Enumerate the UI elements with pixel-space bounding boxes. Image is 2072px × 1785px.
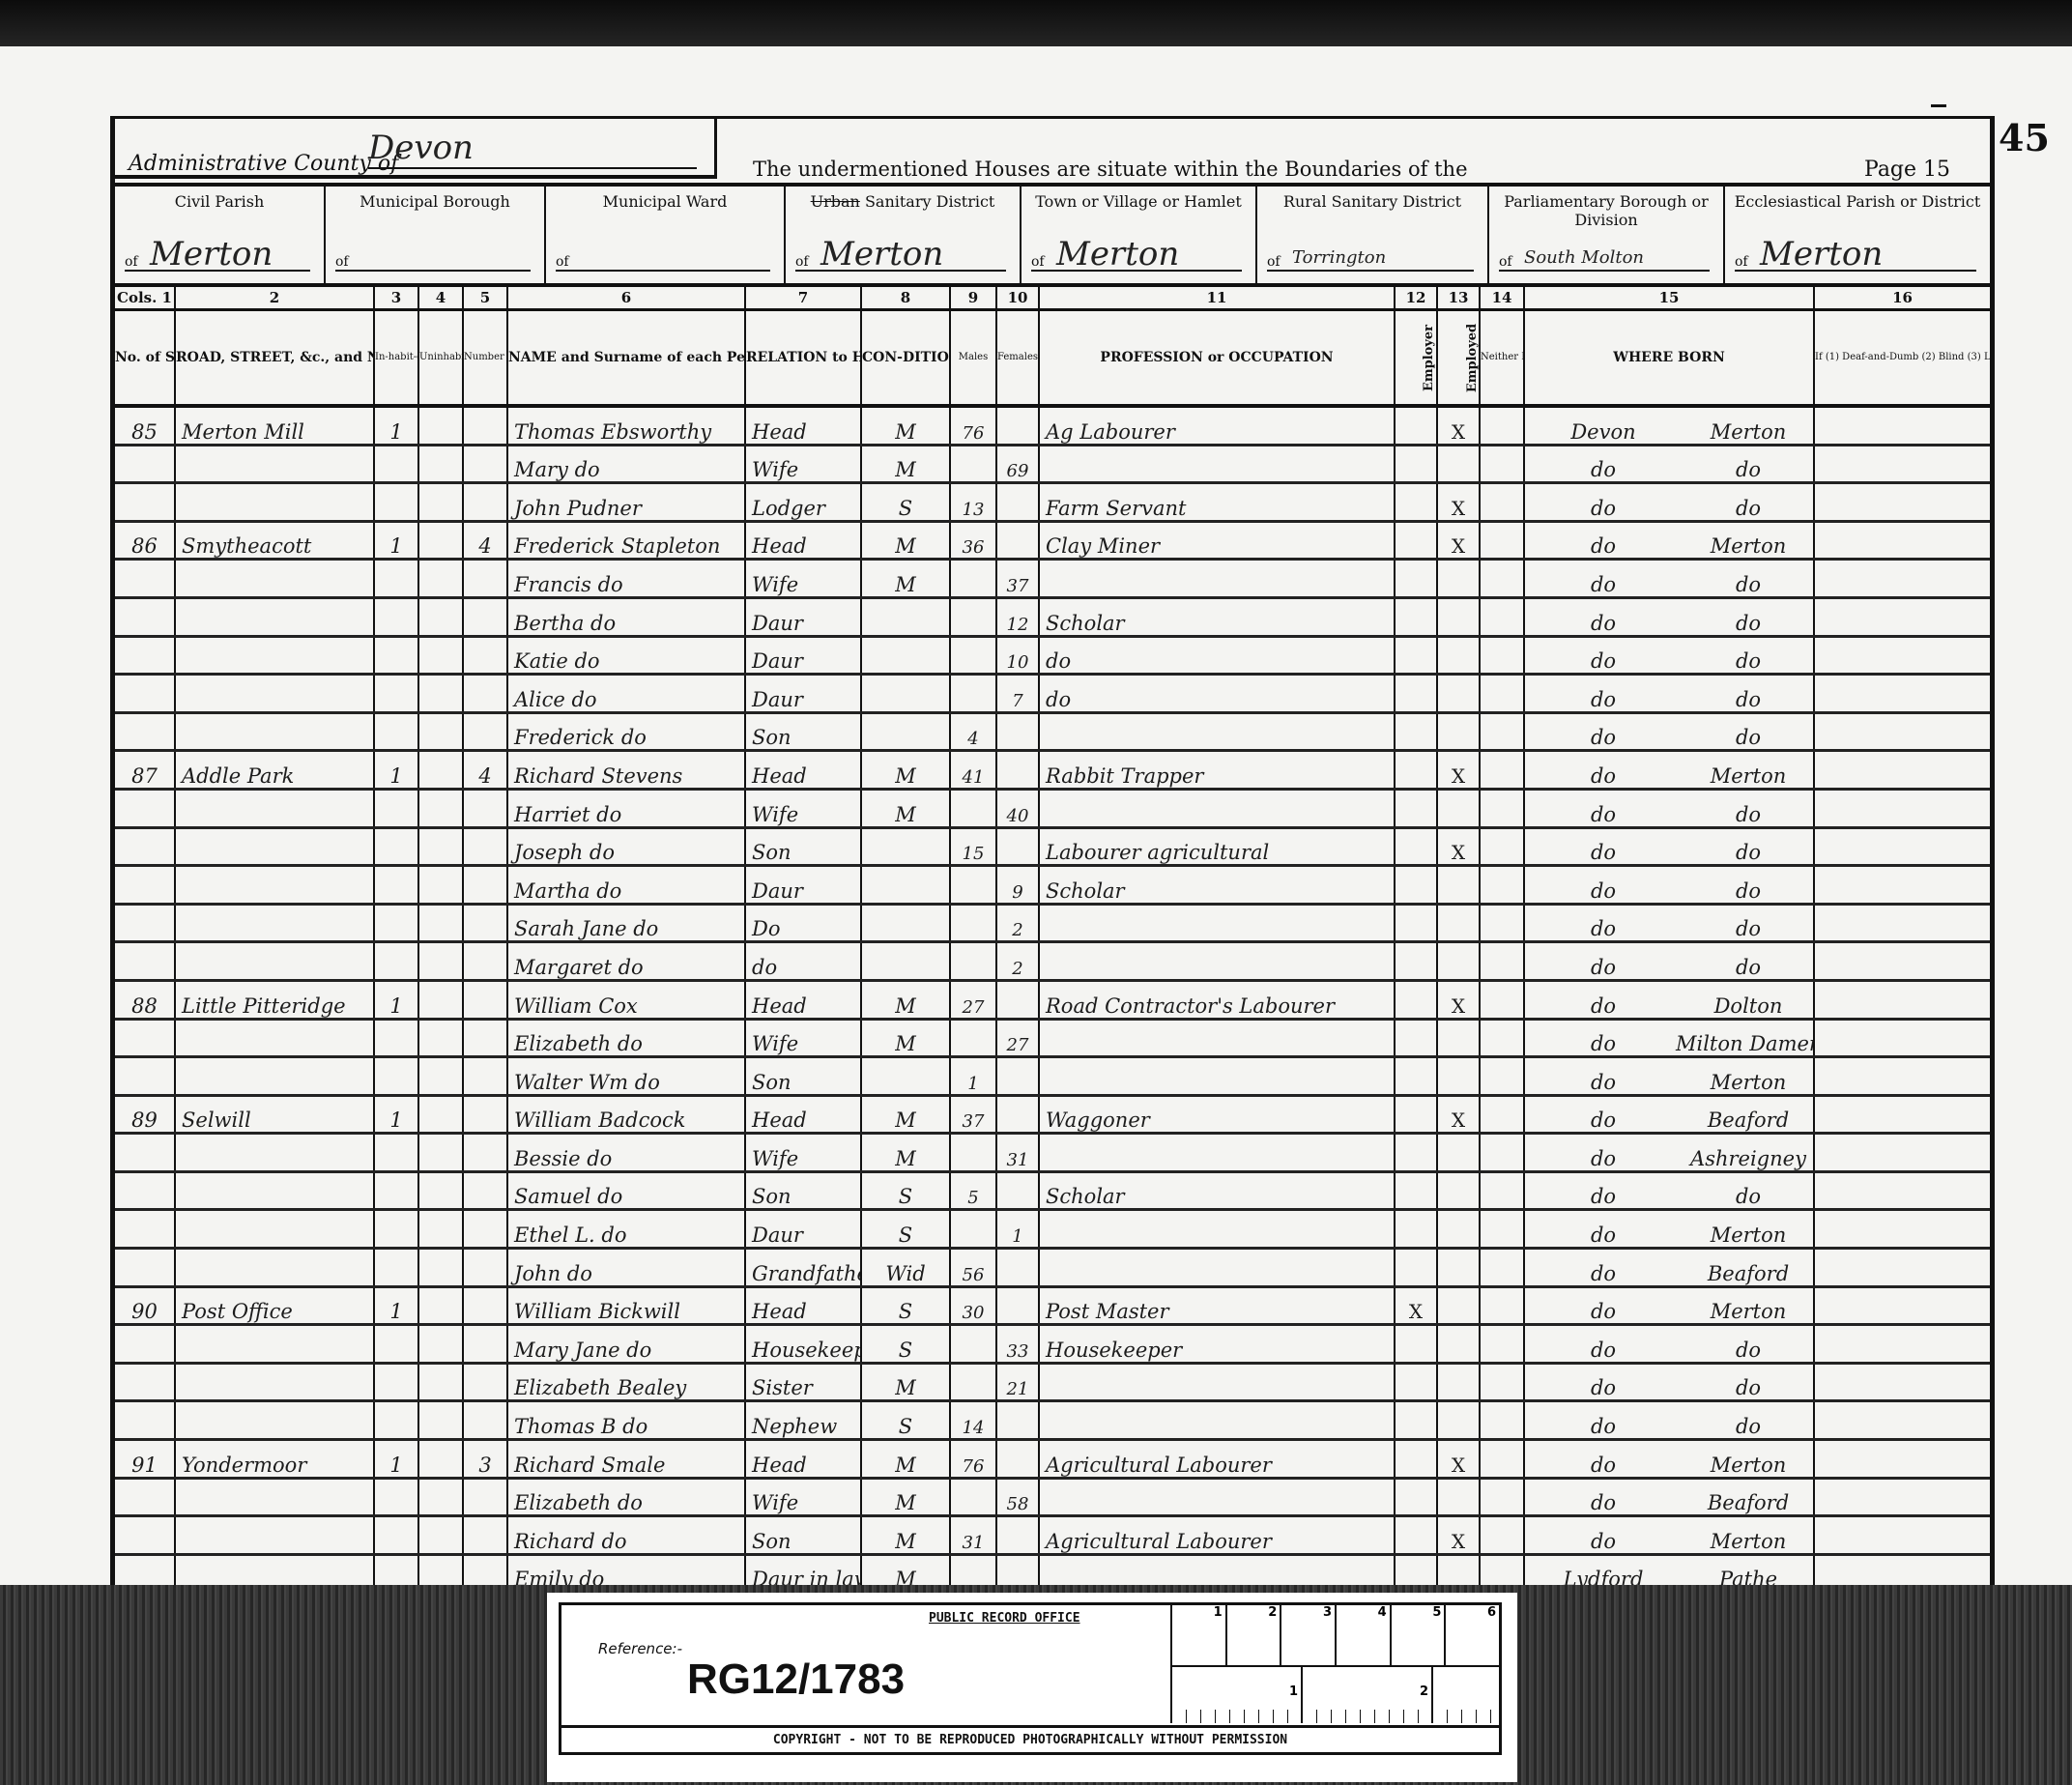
- inhabited-count: [374, 866, 418, 905]
- where-born: dodo: [1524, 445, 1814, 483]
- born-county: do: [1531, 573, 1676, 596]
- born-place: do: [1676, 917, 1814, 940]
- born-county: do: [1531, 1339, 1676, 1362]
- employed-mark: [1437, 904, 1480, 942]
- born-county: do: [1531, 1032, 1676, 1055]
- born-place: do: [1676, 1376, 1814, 1399]
- employer-mark: [1395, 560, 1437, 598]
- struck-urban-label: Urban: [811, 192, 860, 211]
- uninhabited-count: [418, 521, 463, 560]
- employed-mark: [1437, 1249, 1480, 1287]
- born-place: Beaford: [1676, 1491, 1814, 1514]
- col-number: 4: [418, 287, 463, 310]
- female-age: 21: [996, 1363, 1039, 1401]
- schedule-number: 85: [115, 406, 175, 445]
- infirmity: [1814, 1401, 1990, 1440]
- relation: Head: [745, 751, 861, 790]
- person-name: Harriet do: [507, 789, 745, 827]
- inhabited-count: [374, 483, 418, 522]
- header-where-born: WHERE BORN: [1524, 310, 1814, 407]
- schedule-number: [115, 1019, 175, 1057]
- inhabited-count: 1: [374, 980, 418, 1019]
- employed-mark: [1437, 1325, 1480, 1364]
- house-name: Yondermoor: [175, 1440, 374, 1479]
- employer-mark: [1395, 636, 1437, 675]
- house-name: [175, 942, 374, 981]
- born-county: do: [1531, 841, 1676, 864]
- where-born: doMilton Damerel: [1524, 1019, 1814, 1057]
- inhabited-count: [374, 942, 418, 981]
- occupation: Waggoner: [1039, 1095, 1395, 1134]
- neither-mark: [1480, 904, 1524, 942]
- male-age: 56: [950, 1249, 996, 1287]
- where-born: dodo: [1524, 1363, 1814, 1401]
- female-age: 7: [996, 675, 1039, 713]
- house-name: [175, 445, 374, 483]
- person-name: William Badcock: [507, 1095, 745, 1134]
- employer-mark: [1395, 1171, 1437, 1210]
- district-town-village: Town or Village or Hamlet ofMerton: [1022, 187, 1257, 283]
- relation: Daur: [745, 636, 861, 675]
- district-ecclesiastical: Ecclesiastical Parish or District ofMert…: [1725, 187, 1990, 283]
- female-age: [996, 1249, 1039, 1287]
- marital-condition: [861, 904, 950, 942]
- female-age: [996, 1440, 1039, 1479]
- born-county: do: [1531, 1147, 1676, 1170]
- table-row: Alice doDaur7dododo: [115, 675, 1990, 713]
- female-age: 9: [996, 866, 1039, 905]
- neither-mark: [1480, 406, 1524, 445]
- infirmity: [1814, 560, 1990, 598]
- col-number: 7: [745, 287, 861, 310]
- marital-condition: [861, 712, 950, 751]
- born-place: do: [1676, 497, 1814, 520]
- infirmity: [1814, 1019, 1990, 1057]
- inhabited-count: 1: [374, 521, 418, 560]
- born-place: do: [1676, 458, 1814, 481]
- relation: Wife: [745, 445, 861, 483]
- employer-mark: [1395, 1401, 1437, 1440]
- occupation: [1039, 1057, 1395, 1096]
- relation: Daur: [745, 866, 861, 905]
- table-row: Sarah Jane doDo2dodo: [115, 904, 1990, 942]
- employer-mark: [1395, 866, 1437, 905]
- col-number: 10: [996, 287, 1039, 310]
- rooms-count: [463, 1095, 507, 1134]
- table-row: 86Smytheacott14Frederick StapletonHeadM3…: [115, 521, 1990, 560]
- inhabited-count: [374, 1057, 418, 1096]
- where-born: doDolton: [1524, 980, 1814, 1019]
- born-place: do: [1676, 803, 1814, 826]
- marital-condition: [861, 597, 950, 636]
- where-born: dodo: [1524, 789, 1814, 827]
- female-age: [996, 1171, 1039, 1210]
- male-age: [950, 1210, 996, 1249]
- table-row: 91Yondermoor13Richard SmaleHeadM76Agricu…: [115, 1440, 1990, 1479]
- infirmity: [1814, 675, 1990, 713]
- schedule-number: [115, 1516, 175, 1555]
- uninhabited-count: [418, 942, 463, 981]
- marital-condition: M: [861, 1095, 950, 1134]
- infirmity: [1814, 827, 1990, 866]
- district-municipal-borough: Municipal Borough of: [326, 187, 546, 283]
- male-age: 4: [950, 712, 996, 751]
- neither-mark: [1480, 1325, 1524, 1364]
- table-row: Elizabeth BealeySisterM21dodo: [115, 1363, 1990, 1401]
- uninhabited-count: [418, 597, 463, 636]
- uninhabited-count: [418, 751, 463, 790]
- employed-mark: [1437, 597, 1480, 636]
- employer-mark: [1395, 1210, 1437, 1249]
- inhabited-count: [374, 1019, 418, 1057]
- male-age: 31: [950, 1516, 996, 1555]
- schedule-number: 86: [115, 521, 175, 560]
- occupation: [1039, 1249, 1395, 1287]
- occupation: [1039, 560, 1395, 598]
- female-age: [996, 1057, 1039, 1096]
- occupation: Road Contractor's Labourer: [1039, 980, 1395, 1019]
- female-age: 27: [996, 1019, 1039, 1057]
- employer-mark: [1395, 445, 1437, 483]
- employed-mark: [1437, 1019, 1480, 1057]
- male-age: 76: [950, 1440, 996, 1479]
- district-label: Sanitary District: [865, 192, 994, 211]
- male-age: 14: [950, 1401, 996, 1440]
- infirmity: [1814, 942, 1990, 981]
- male-age: [950, 789, 996, 827]
- table-row: Bertha doDaur12Scholardodo: [115, 597, 1990, 636]
- where-born: doBeaford: [1524, 1095, 1814, 1134]
- where-born: doMerton: [1524, 1057, 1814, 1096]
- neither-mark: [1480, 1363, 1524, 1401]
- male-age: 15: [950, 827, 996, 866]
- col-number: 12: [1395, 287, 1437, 310]
- person-name: Sarah Jane do: [507, 904, 745, 942]
- neither-mark: [1480, 675, 1524, 713]
- inhabited-count: [374, 1401, 418, 1440]
- table-row: Harriet doWifeM40dodo: [115, 789, 1990, 827]
- inhabited-count: 1: [374, 1286, 418, 1325]
- person-name: John Pudner: [507, 483, 745, 522]
- where-born: doMerton: [1524, 1516, 1814, 1555]
- male-age: [950, 597, 996, 636]
- schedule-number: [115, 560, 175, 598]
- where-born: doMerton: [1524, 521, 1814, 560]
- born-county: do: [1531, 1376, 1676, 1399]
- relation: Son: [745, 827, 861, 866]
- of-label: of: [125, 254, 138, 270]
- male-age: 27: [950, 980, 996, 1019]
- person-name: Samuel do: [507, 1171, 745, 1210]
- rooms-count: [463, 789, 507, 827]
- relation: Lodger: [745, 483, 861, 522]
- employer-mark: [1395, 980, 1437, 1019]
- schedule-number: [115, 1210, 175, 1249]
- employed-mark: [1437, 675, 1480, 713]
- employer-mark: [1395, 406, 1437, 445]
- person-name: William Bickwill: [507, 1286, 745, 1325]
- inhabited-count: 1: [374, 1440, 418, 1479]
- col-number: 14: [1480, 287, 1524, 310]
- female-age: [996, 1516, 1039, 1555]
- male-age: 30: [950, 1286, 996, 1325]
- table-row: Joseph doSon15Labourer agriculturalXdodo: [115, 827, 1990, 866]
- district-value: Torrington: [1292, 247, 1386, 268]
- employed-mark: [1437, 712, 1480, 751]
- house-name: Merton Mill: [175, 406, 374, 445]
- where-born: dodo: [1524, 1325, 1814, 1364]
- where-born: dodo: [1524, 675, 1814, 713]
- uninhabited-count: [418, 980, 463, 1019]
- marital-condition: S: [861, 1171, 950, 1210]
- scale-mark: 3: [1281, 1605, 1337, 1665]
- occupation: [1039, 445, 1395, 483]
- relation: Head: [745, 980, 861, 1019]
- rooms-count: [463, 406, 507, 445]
- reference-label: PUBLIC RECORD OFFICE Reference:- RG12/17…: [547, 1593, 1517, 1782]
- header-relation: RELATION to Head of Family: [745, 310, 861, 407]
- reference-code: RG12/1783: [687, 1655, 905, 1704]
- male-age: 41: [950, 751, 996, 790]
- where-born: dodo: [1524, 483, 1814, 522]
- relation: Head: [745, 1440, 861, 1479]
- inhabited-count: 1: [374, 406, 418, 445]
- inhabited-count: [374, 1210, 418, 1249]
- where-born: doMerton: [1524, 1210, 1814, 1249]
- house-name: [175, 1249, 374, 1287]
- male-age: [950, 675, 996, 713]
- rooms-count: 3: [463, 1440, 507, 1479]
- born-county: do: [1531, 1454, 1676, 1477]
- district-headers: Civil Parish ofMerton Municipal Borough …: [115, 183, 1990, 283]
- person-name: John do: [507, 1249, 745, 1287]
- infirmity: [1814, 1134, 1990, 1172]
- col-number: 11: [1039, 287, 1395, 310]
- person-name: Ethel L. do: [507, 1210, 745, 1249]
- employed-mark: [1437, 1210, 1480, 1249]
- marital-condition: S: [861, 1286, 950, 1325]
- female-age: 10: [996, 636, 1039, 675]
- inhabited-count: [374, 1325, 418, 1364]
- neither-mark: [1480, 597, 1524, 636]
- scale-mark: 1: [1172, 1667, 1303, 1723]
- female-age: [996, 1286, 1039, 1325]
- occupation: Farm Servant: [1039, 483, 1395, 522]
- female-age: [996, 712, 1039, 751]
- neither-mark: [1480, 1210, 1524, 1249]
- house-name: [175, 904, 374, 942]
- employer-mark: [1395, 1478, 1437, 1516]
- scale-mark: [1433, 1667, 1501, 1723]
- where-born: doBeaford: [1524, 1478, 1814, 1516]
- infirmity: [1814, 904, 1990, 942]
- occupation: [1039, 1478, 1395, 1516]
- house-name: Smytheacott: [175, 521, 374, 560]
- admin-county-label: Administrative County of: [129, 152, 398, 176]
- relation: Daur: [745, 597, 861, 636]
- schedule-number: 91: [115, 1440, 175, 1479]
- female-age: 2: [996, 904, 1039, 942]
- relation: Son: [745, 1057, 861, 1096]
- occupation: Scholar: [1039, 866, 1395, 905]
- occupation: Scholar: [1039, 1171, 1395, 1210]
- marital-condition: S: [861, 483, 950, 522]
- neither-mark: [1480, 1134, 1524, 1172]
- schedule-number: [115, 1478, 175, 1516]
- female-age: [996, 980, 1039, 1019]
- female-age: 33: [996, 1325, 1039, 1364]
- inhabited-count: [374, 1516, 418, 1555]
- occupation: do: [1039, 636, 1395, 675]
- female-age: 40: [996, 789, 1039, 827]
- employed-mark: X: [1437, 521, 1480, 560]
- person-name: Frederick Stapleton: [507, 521, 745, 560]
- female-age: [996, 1401, 1039, 1440]
- table-row: Francis doWifeM37dodo: [115, 560, 1990, 598]
- marital-condition: M: [861, 789, 950, 827]
- employed-mark: X: [1437, 1440, 1480, 1479]
- schedule-number: [115, 942, 175, 981]
- inhabited-count: [374, 827, 418, 866]
- folio-number: 45: [1999, 116, 2050, 159]
- relation: Grandfather: [745, 1249, 861, 1287]
- person-name: Martha do: [507, 866, 745, 905]
- where-born: doMerton: [1524, 1440, 1814, 1479]
- inhabited-count: [374, 712, 418, 751]
- table-row: John doGrandfatherWid56doBeaford: [115, 1249, 1990, 1287]
- table-row: 89Selwill1William BadcockHeadM37Waggoner…: [115, 1095, 1990, 1134]
- marital-condition: M: [861, 1478, 950, 1516]
- employed-mark: X: [1437, 1095, 1480, 1134]
- schedule-number: [115, 866, 175, 905]
- occupation: Rabbit Trapper: [1039, 751, 1395, 790]
- relation: Head: [745, 406, 861, 445]
- schedule-number: [115, 675, 175, 713]
- marital-condition: M: [861, 1440, 950, 1479]
- infirmity: [1814, 1325, 1990, 1364]
- header-road: ROAD, STREET, &c., and No. or NAME of HO…: [175, 310, 374, 407]
- margin-mark: [1931, 104, 1946, 107]
- marital-condition: M: [861, 1363, 950, 1401]
- born-county: do: [1531, 688, 1676, 711]
- employed-mark: [1437, 1286, 1480, 1325]
- rooms-count: [463, 560, 507, 598]
- born-county: do: [1531, 1108, 1676, 1132]
- person-name: Katie do: [507, 636, 745, 675]
- where-born: dodo: [1524, 1171, 1814, 1210]
- scale-mark: 2: [1303, 1667, 1433, 1723]
- rooms-count: [463, 1019, 507, 1057]
- table-row: Richard doSonM31Agricultural LabourerXdo…: [115, 1516, 1990, 1555]
- census-page: 45 Administrative County of Devon The un…: [0, 46, 2072, 1593]
- person-name: Joseph do: [507, 827, 745, 866]
- born-place: Merton: [1676, 1454, 1814, 1477]
- born-place: do: [1676, 726, 1814, 749]
- infirmity: [1814, 406, 1990, 445]
- neither-mark: [1480, 636, 1524, 675]
- female-age: 31: [996, 1134, 1039, 1172]
- infirmity: [1814, 483, 1990, 522]
- female-age: 12: [996, 597, 1039, 636]
- employer-mark: [1395, 1095, 1437, 1134]
- schedule-number: 87: [115, 751, 175, 790]
- infirmity: [1814, 1478, 1990, 1516]
- employed-mark: [1437, 1363, 1480, 1401]
- neither-mark: [1480, 751, 1524, 790]
- where-born: doMerton: [1524, 751, 1814, 790]
- person-name: Thomas Ebsworthy: [507, 406, 745, 445]
- house-name: Addle Park: [175, 751, 374, 790]
- copyright-notice: COPYRIGHT - NOT TO BE REPRODUCED PHOTOGR…: [561, 1725, 1499, 1755]
- table-row: Thomas B doNephewS14dodo: [115, 1401, 1990, 1440]
- uninhabited-count: [418, 827, 463, 866]
- born-place: Merton: [1676, 1530, 1814, 1553]
- uninhabited-count: [418, 1057, 463, 1096]
- rooms-count: [463, 1325, 507, 1364]
- schedule-number: [115, 1249, 175, 1287]
- where-born: doBeaford: [1524, 1249, 1814, 1287]
- infirmity: [1814, 1171, 1990, 1210]
- female-age: [996, 406, 1039, 445]
- rooms-count: [463, 1363, 507, 1401]
- born-county: do: [1531, 649, 1676, 673]
- uninhabited-count: [418, 1325, 463, 1364]
- uninhabited-count: [418, 636, 463, 675]
- infirmity: [1814, 636, 1990, 675]
- of-label: of: [335, 254, 349, 270]
- rooms-count: [463, 1286, 507, 1325]
- where-born: dodo: [1524, 597, 1814, 636]
- house-name: [175, 1171, 374, 1210]
- male-age: [950, 1363, 996, 1401]
- employed-mark: X: [1437, 980, 1480, 1019]
- neither-mark: [1480, 866, 1524, 905]
- employer-mark: [1395, 751, 1437, 790]
- rooms-count: [463, 866, 507, 905]
- neither-mark: [1480, 1286, 1524, 1325]
- header-neither: Neither Employer nor Employed: [1480, 310, 1524, 407]
- table-row: Walter Wm doSon1doMerton: [115, 1057, 1990, 1096]
- rooms-count: 4: [463, 521, 507, 560]
- district-label: Parliamentary Borough or Division: [1489, 192, 1723, 229]
- occupation: [1039, 1401, 1395, 1440]
- uninhabited-count: [418, 1363, 463, 1401]
- header-uninhabited: Uninhabited (U.), or Building (B.): [418, 310, 463, 407]
- born-county: do: [1531, 1071, 1676, 1094]
- where-born: dodo: [1524, 866, 1814, 905]
- infirmity: [1814, 712, 1990, 751]
- marital-condition: M: [861, 1019, 950, 1057]
- female-age: [996, 827, 1039, 866]
- infirmity: [1814, 1095, 1990, 1134]
- col-number: 9: [950, 287, 996, 310]
- person-name: Richard Smale: [507, 1440, 745, 1479]
- inhabited-count: [374, 1249, 418, 1287]
- inhabited-count: [374, 675, 418, 713]
- rooms-count: [463, 1516, 507, 1555]
- occupation: [1039, 904, 1395, 942]
- occupation: Housekeeper: [1039, 1325, 1395, 1364]
- relation: Head: [745, 1095, 861, 1134]
- born-place: Merton: [1676, 534, 1814, 558]
- uninhabited-count: [418, 1134, 463, 1172]
- where-born: dodo: [1524, 1401, 1814, 1440]
- column-headers: No. of Schedule ROAD, STREET, &c., and N…: [115, 310, 1990, 407]
- census-form: Administrative County of Devon The under…: [110, 116, 1995, 1619]
- schedule-number: [115, 1401, 175, 1440]
- where-born: doMerton: [1524, 1286, 1814, 1325]
- male-age: 37: [950, 1095, 996, 1134]
